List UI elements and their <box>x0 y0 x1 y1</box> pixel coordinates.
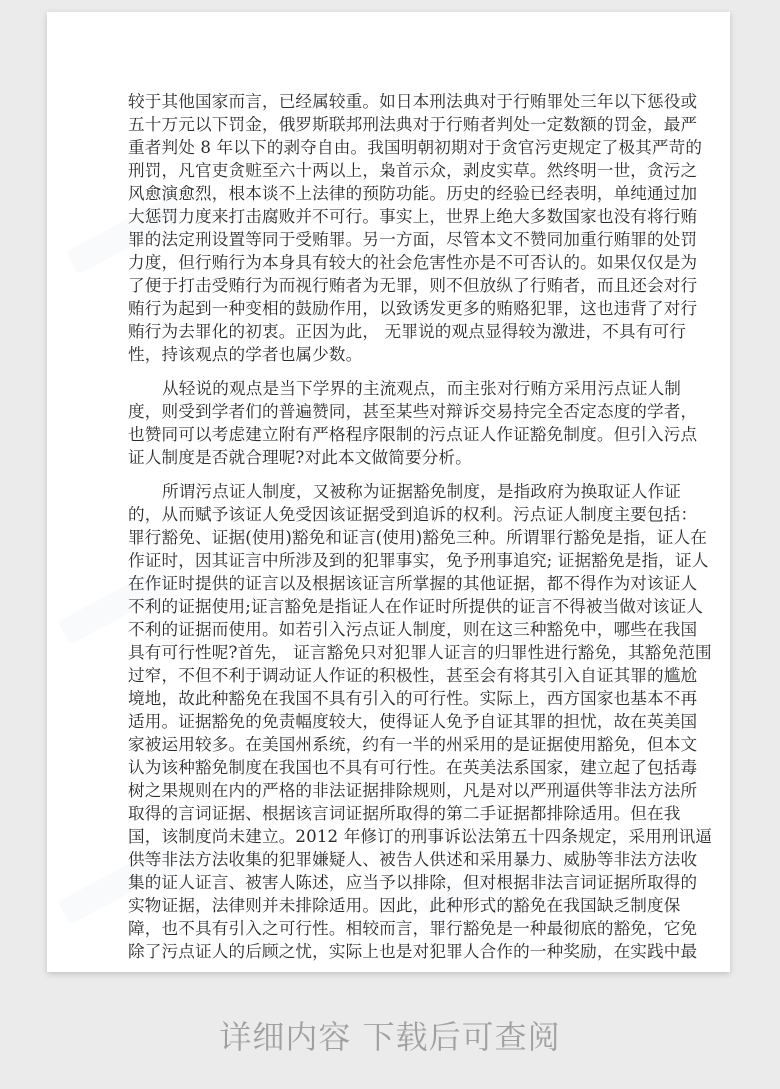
text-line: 实物证据，法律则并未排除适用。因此，此种形式的豁免在我国缺乏制度保 <box>128 894 668 917</box>
text-line: 除了污点证人的后顾之忧，实际上也是对犯罪人合作的一种奖励，在实践中最 <box>128 940 668 963</box>
text-line: 罪的法定刑设置等同于受贿罪。另一方面，尽管本文不赞同加重行贿罪的处罚 <box>128 228 668 251</box>
text-line: 大惩罚力度来打击腐败并不可行。事实上，世界上绝大多数国家也没有将行贿 <box>128 205 668 228</box>
text-line: 较于其他国家而言，已经属较重。如日本刑法典对于行贿罪处三年以下惩役或 <box>128 90 668 113</box>
text-line: 在作证时提供的证言以及根据该证言所掌握的其他证据，都不得作为对该证人 <box>128 572 668 595</box>
download-hint-caption: 详细内容 下载后可查阅 <box>0 1012 780 1058</box>
text-line: 性，持该观点的学者也属少数。 <box>128 343 668 366</box>
text-line: 取得的言词证据、根据该言词证据所取得的第二手证据都排除适用。但在我 <box>128 802 668 825</box>
text-line: 树之果规则在内的严格的非法证据排除规则，凡是对以严刑逼供等非法方法所 <box>128 779 668 802</box>
text-line: 家被运用较多。在美国州系统，约有一半的州采用的是证据使用豁免，但本文 <box>128 733 668 756</box>
text-line: 适用。证据豁免的免责幅度较大，使得证人免予自证其罪的担忧，故在英美国 <box>128 710 668 733</box>
text-line: 的，从而赋予该证人免受因该证据受到追诉的权利。污点证人制度主要包括： <box>128 503 668 526</box>
document-body: 较于其他国家而言，已经属较重。如日本刑法典对于行贿罪处三年以下惩役或五十万元以下… <box>128 90 668 974</box>
text-line: 障，也不具有引入之可行性。相较而言，罪行豁免是一种最彻底的豁免，它免 <box>128 917 668 940</box>
paragraph: 所谓污点证人制度，又被称为证据豁免制度，是指政府为换取证人作证的，从而赋予该证人… <box>128 480 668 963</box>
text-line: 风愈演愈烈，根本谈不上法律的预防功能。历史的经验已经表明，单纯通过加 <box>128 182 668 205</box>
text-line: 了便于打击受贿行为而视行贿者为无罪，则不但放纵了行贿者，而且还会对行 <box>128 274 668 297</box>
text-line: 所谓污点证人制度，又被称为证据豁免制度，是指政府为换取证人作证 <box>128 480 668 503</box>
text-line: 从轻说的观点是当下学界的主流观点，而主张对行贿方采用污点证人制 <box>128 377 668 400</box>
text-line: 贿行为起到一种变相的鼓励作用，以致诱发更多的贿赂犯罪，这也违背了对行 <box>128 297 668 320</box>
text-line: 五十万元以下罚金，俄罗斯联邦刑法典对于行贿者判处一定数额的罚金，最严 <box>128 113 668 136</box>
text-line: 力度，但行贿行为本身具有较大的社会危害性亦是不可否认的。如果仅仅是为 <box>128 251 668 274</box>
paragraph: 从轻说的观点是当下学界的主流观点，而主张对行贿方采用污点证人制度，则受到学者们的… <box>128 377 668 469</box>
text-line: 也赞同可以考虑建立附有严格程序限制的污点证人作证豁免制度。但引入污点 <box>128 423 668 446</box>
text-line: 证人制度是否就合理呢?对此本文做简要分析。 <box>128 446 668 469</box>
text-line: 具有可行性呢?首先， 证言豁免只对犯罪人证言的归罪性进行豁免，其豁免范围 <box>128 641 668 664</box>
text-line: 不利的证据使用;证言豁免是指证人在作证时所提供的证言不得被当做对该证人 <box>128 595 668 618</box>
text-line: 刑罚，凡官吏贪赃至六十两以上，枭首示众，剥皮实草。然终明一世，贪污之 <box>128 159 668 182</box>
text-line: 重者判处 8 年以下的剥夺自由。我国明朝初期对于贪官污吏规定了极其严苛的 <box>128 136 668 159</box>
text-line: 过窄，不但不利于调动证人作证的积极性，甚至会有将其引入自证其罪的尴尬 <box>128 664 668 687</box>
document-page: 较于其他国家而言，已经属较重。如日本刑法典对于行贿罪处三年以下惩役或五十万元以下… <box>47 12 730 972</box>
text-line: 度，则受到学者们的普遍赞同，甚至某些对辩诉交易持完全否定态度的学者， <box>128 400 668 423</box>
text-line: 境地，故此种豁免在我国不具有引入的可行性。实际上，西方国家也基本不再 <box>128 687 668 710</box>
text-line: 罪行豁免、证据(使用)豁免和证言(使用)豁免三种。所谓罪行豁免是指，证人在 <box>128 526 668 549</box>
text-line: 作证时，因其证言中所涉及到的犯罪事实，免予刑事追究; 证据豁免是指，证人 <box>128 549 668 572</box>
text-line: 认为该种豁免制度在我国也不具有可行性。在英美法系国家，建立起了包括毒 <box>128 756 668 779</box>
text-line: 贿行为去罪化的初衷。正因为此， 无罪说的观点显得较为激进，不具有可行 <box>128 320 668 343</box>
text-line: 供等非法方法收集的犯罪嫌疑人、被告人供述和采用暴力、威胁等非法方法收 <box>128 848 668 871</box>
text-line: 不利的证据而使用。如若引入污点证人制度，则在这三种豁免中，哪些在我国 <box>128 618 668 641</box>
paragraph: 较于其他国家而言，已经属较重。如日本刑法典对于行贿罪处三年以下惩役或五十万元以下… <box>128 90 668 366</box>
text-line: 集的证人证言、被害人陈述，应当予以排除，但对根据非法言词证据所取得的 <box>128 871 668 894</box>
text-line: 国，该制度尚未建立。2012 年修订的刑事诉讼法第五十四条规定，采用刑讯逼 <box>128 825 668 848</box>
